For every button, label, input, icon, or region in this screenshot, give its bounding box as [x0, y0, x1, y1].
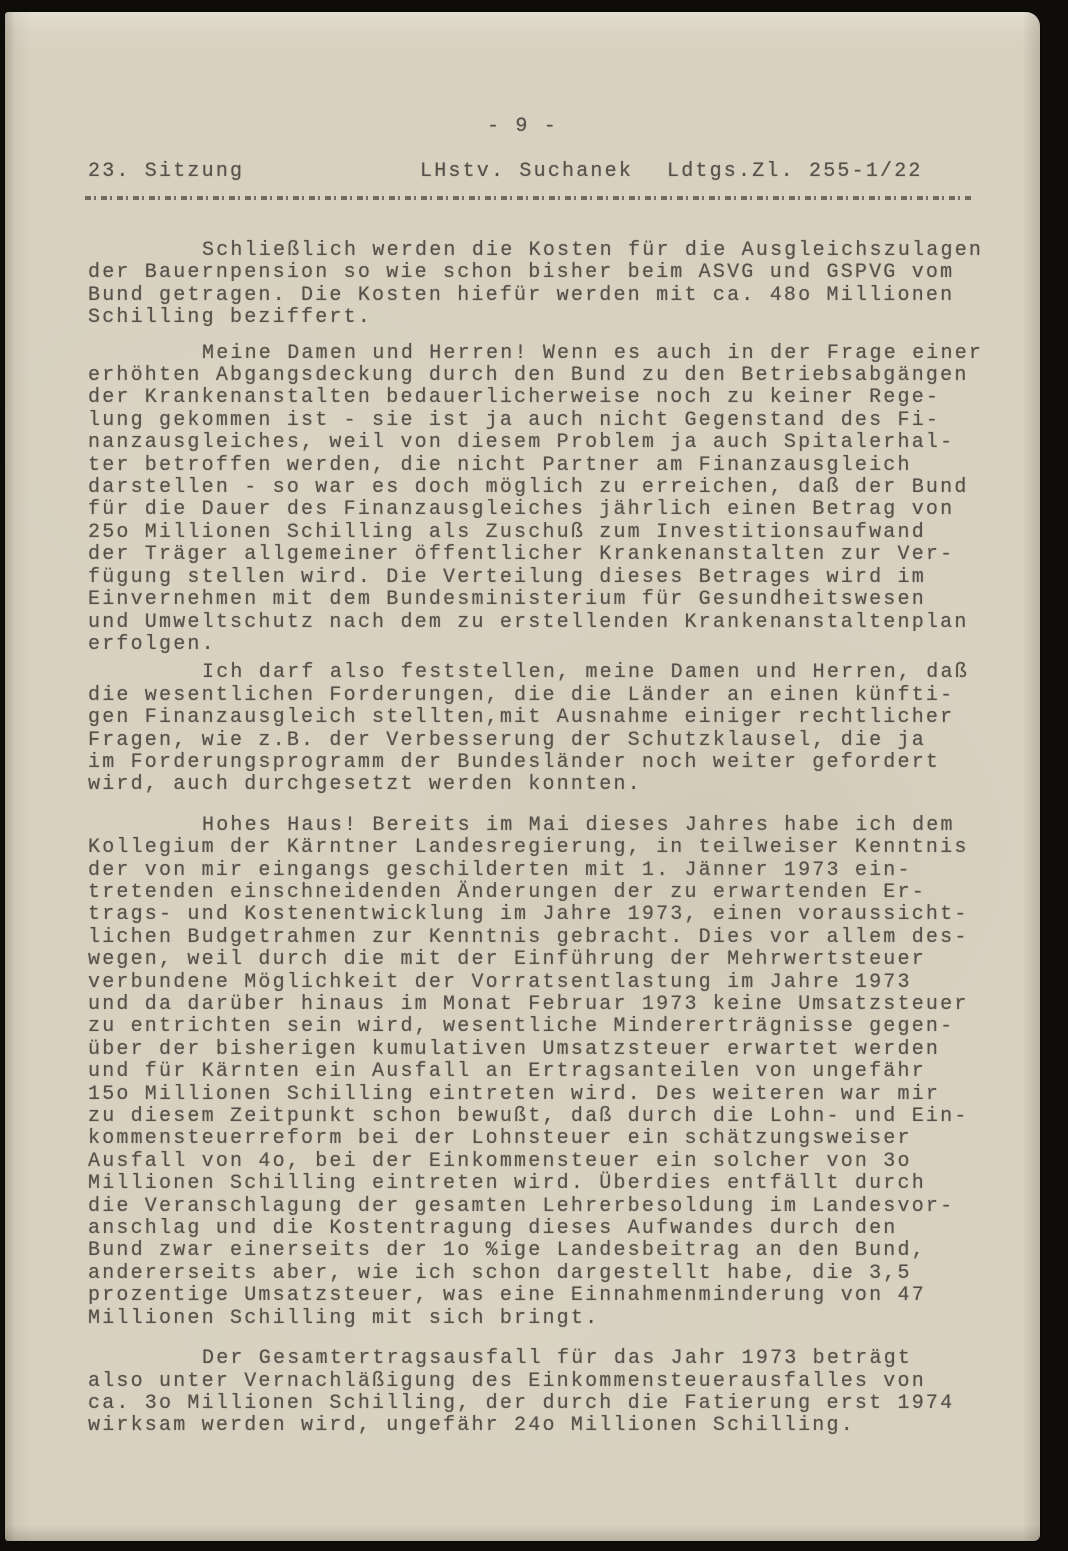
- paragraph-feststellung: Ich darf also feststellen, meine Damen u…: [88, 662, 1018, 796]
- reference-number: Ldtgs.Zl. 255-1/22: [667, 160, 923, 183]
- speaker-label: LHstv. Suchanek: [420, 160, 633, 183]
- paragraph-abgangsdeckung: Meine Damen und Herren! Wenn es auch in …: [88, 343, 1018, 657]
- paragraph-gesamtertragsausfall: Der Gesamtertragsausfall für das Jahr 19…: [88, 1348, 1018, 1438]
- paragraph-kosten-bauernpension: Schließlich werden die Kosten für die Au…: [88, 240, 1018, 330]
- header-divider-rule: [85, 196, 973, 200]
- paragraph-budgetrahmen: Hohes Haus! Bereits im Mai dieses Jahres…: [88, 815, 1018, 1330]
- page-number: - 9 -: [5, 115, 1040, 138]
- page-header: 23. Sitzung LHstv. Suchanek Ldtgs.Zl. 25…: [5, 160, 1040, 186]
- body-text: Schließlich werden die Kosten für die Au…: [88, 240, 1018, 1438]
- session-label: 23. Sitzung: [88, 160, 244, 183]
- paper-sheet: - 9 - 23. Sitzung LHstv. Suchanek Ldtgs.…: [5, 12, 1040, 1541]
- scanned-document: - 9 - 23. Sitzung LHstv. Suchanek Ldtgs.…: [0, 0, 1068, 1551]
